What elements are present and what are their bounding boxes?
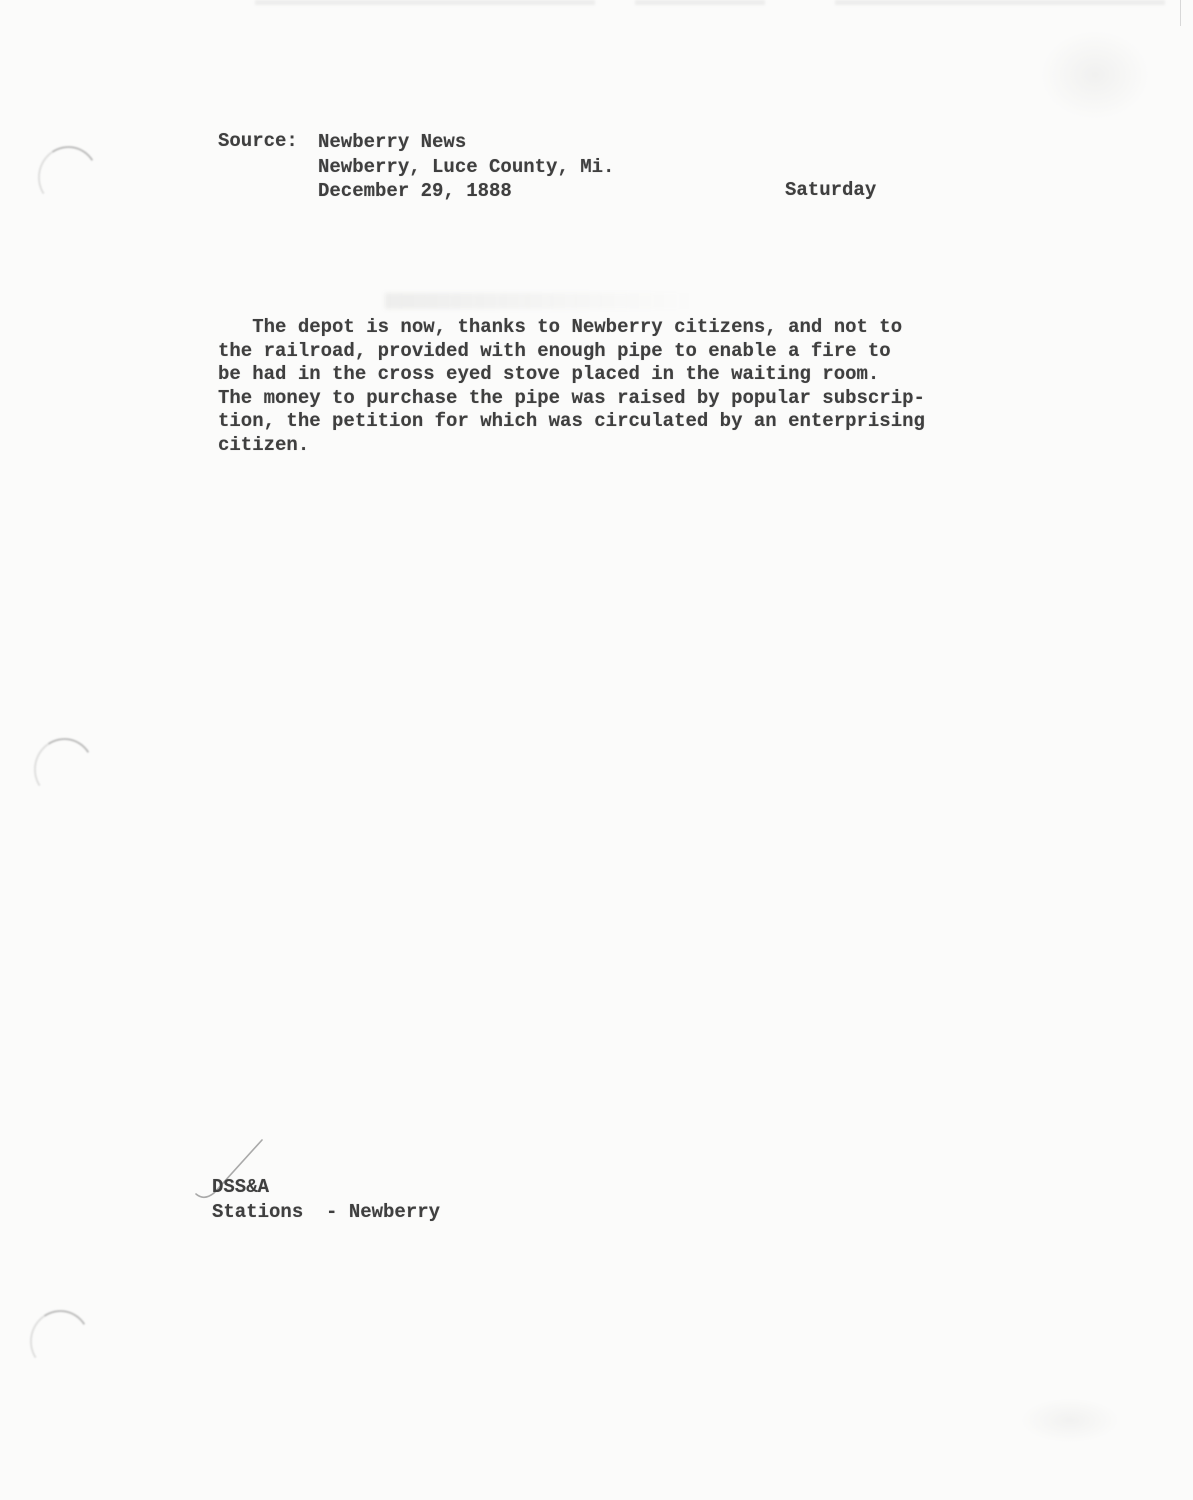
source-label: Source: [218,130,298,154]
hole-punch-shadow [32,140,104,213]
scan-smudge [1020,1398,1120,1443]
scan-edge-noise [255,0,595,5]
scan-edge-line [1180,0,1181,26]
hole-punch-shadow [28,732,100,805]
paragraph-line: citizen. [218,434,925,458]
paragraph-line: tion, the petition for which was circula… [218,410,925,434]
article-paragraph: The depot is now, thanks to Newberry cit… [218,316,925,457]
paragraph-line: the railroad, provided with enough pipe … [218,340,925,364]
scanned-document-page: Source: Newberry News Newberry, Luce Cou… [0,0,1193,1500]
scan-edge-noise [635,0,765,5]
scan-corner-texture [1040,30,1150,120]
railroad-abbreviation: DSS&A [212,1175,440,1200]
scan-edge-noise [835,0,1165,5]
source-lines: Newberry News Newberry, Luce County, Mi.… [318,130,614,204]
paragraph-line: The money to purchase the pipe was raise… [218,387,925,411]
index-subject: Stations - Newberry [212,1200,440,1225]
paragraph-line: The depot is now, thanks to Newberry cit… [218,316,925,340]
paragraph-line: be had in the cross eyed stove placed in… [218,363,925,387]
day-of-week: Saturday [785,179,876,203]
source-location: Newberry, Luce County, Mi. [318,155,614,180]
source-date: December 29, 1888 [318,179,614,204]
ghost-smudge [385,293,695,309]
source-publication: Newberry News [318,130,614,155]
index-notation-block: DSS&A Stations - Newberry [212,1175,440,1224]
hole-punch-shadow [24,1304,96,1377]
